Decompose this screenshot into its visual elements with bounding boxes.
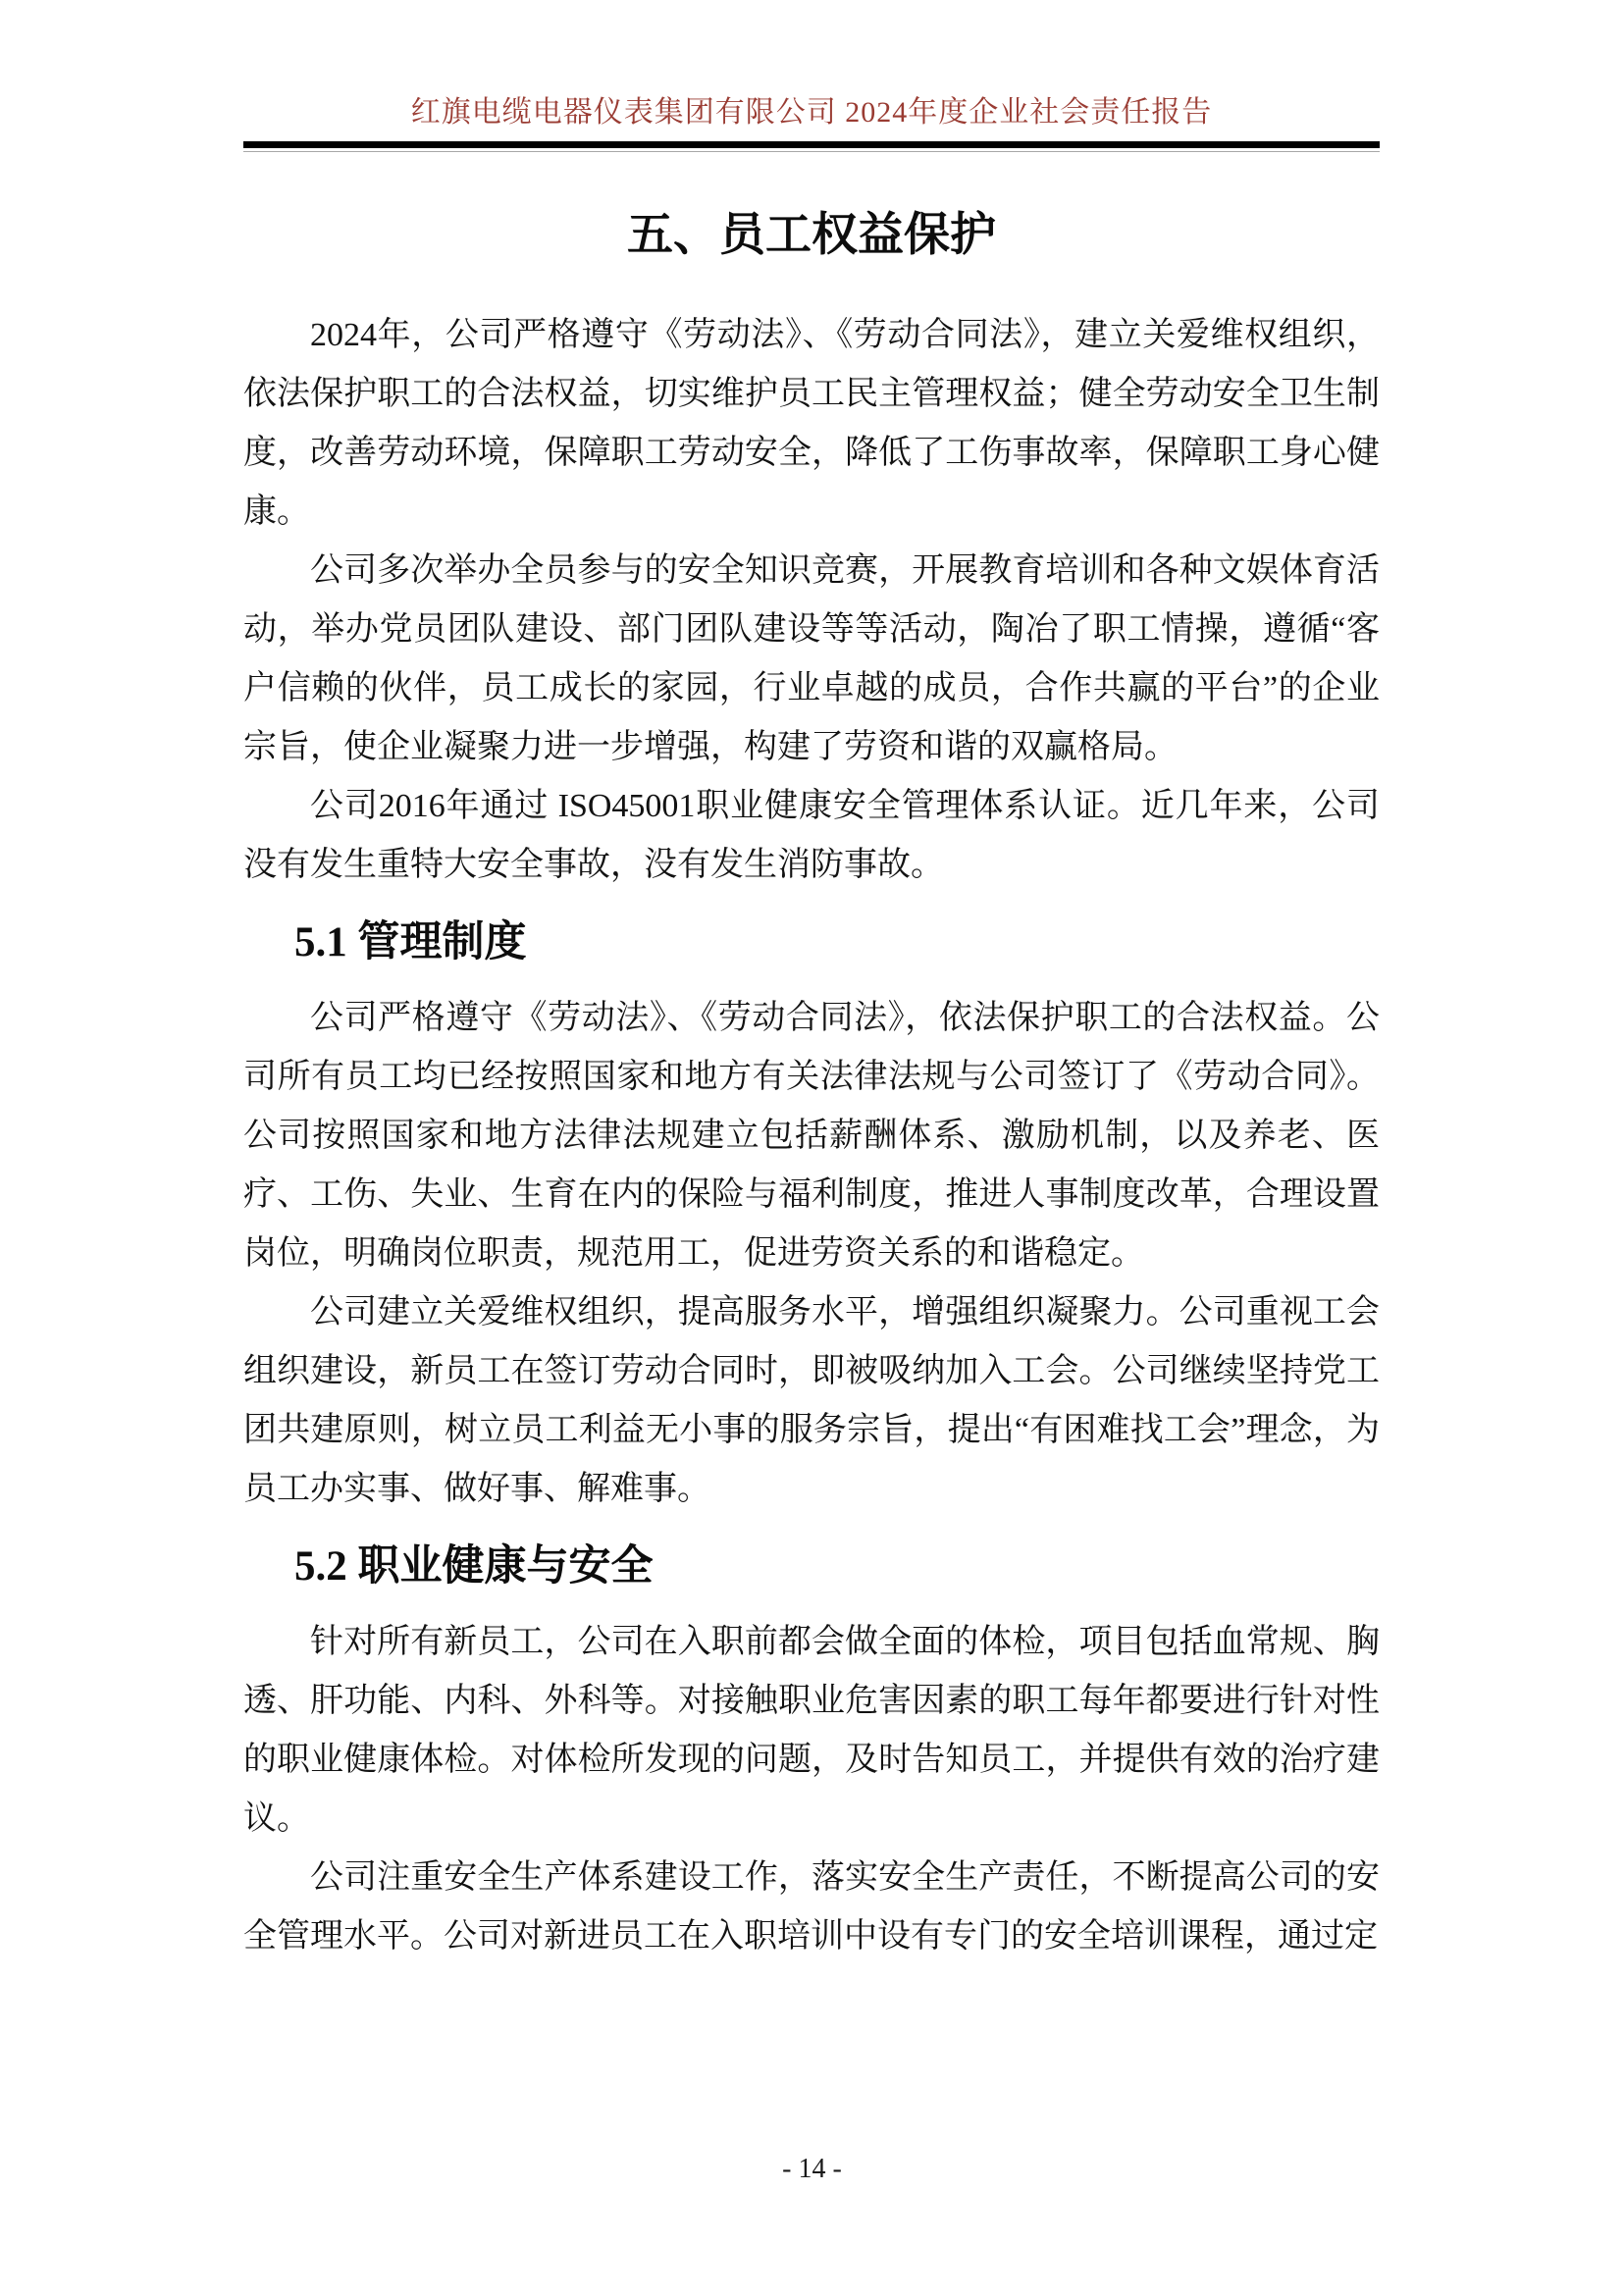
section-5-1-paragraph-2: 公司建立关爱维权组织，提高服务水平，增强组织凝聚力。公司重视工会组织建设，新员工…	[243, 1283, 1380, 1519]
section-5-2-paragraph-1: 针对所有新员工，公司在入职前都会做全面的体检，项目包括血常规、胸透、肝功能、内科…	[243, 1613, 1380, 1849]
intro-paragraph-3: 公司2016年通过 ISO45001职业健康安全管理体系认证。近几年来，公司没有…	[243, 777, 1380, 895]
section-5-2-paragraph-2: 公司注重安全生产体系建设工作，落实安全生产责任，不断提高公司的安全管理水平。公司…	[243, 1849, 1380, 1966]
section-heading-5-2: 5.2 职业健康与安全	[294, 1535, 1380, 1599]
chapter-title: 五、员工权益保护	[243, 208, 1380, 263]
page-header: 红旗电缆电器仪表集团有限公司 2024年度企业社会责任报告	[243, 0, 1380, 152]
document-page: 红旗电缆电器仪表集团有限公司 2024年度企业社会责任报告 五、员工权益保护 2…	[0, 0, 1624, 2295]
document-body: 五、员工权益保护 2024年，公司严格遵守《劳动法》、《劳动合同法》，建立关爱维…	[243, 157, 1380, 1966]
section-heading-5-1: 5.1 管理制度	[294, 911, 1380, 975]
header-divider	[243, 141, 1380, 152]
page-number: - 14 -	[782, 2154, 842, 2184]
intro-paragraph-2: 公司多次举办全员参与的安全知识竞赛，开展教育培训和各种文娱体育活动，举办党员团队…	[243, 542, 1380, 777]
intro-paragraph-1: 2024年，公司严格遵守《劳动法》、《劳动合同法》，建立关爱维权组织，依法保护职…	[243, 306, 1380, 542]
page-footer: - 14 -	[0, 2154, 1624, 2185]
report-header-title: 红旗电缆电器仪表集团有限公司 2024年度企业社会责任报告	[243, 96, 1380, 130]
section-5-1-paragraph-1: 公司严格遵守《劳动法》、《劳动合同法》，依法保护职工的合法权益。公司所有员工均已…	[243, 989, 1380, 1283]
